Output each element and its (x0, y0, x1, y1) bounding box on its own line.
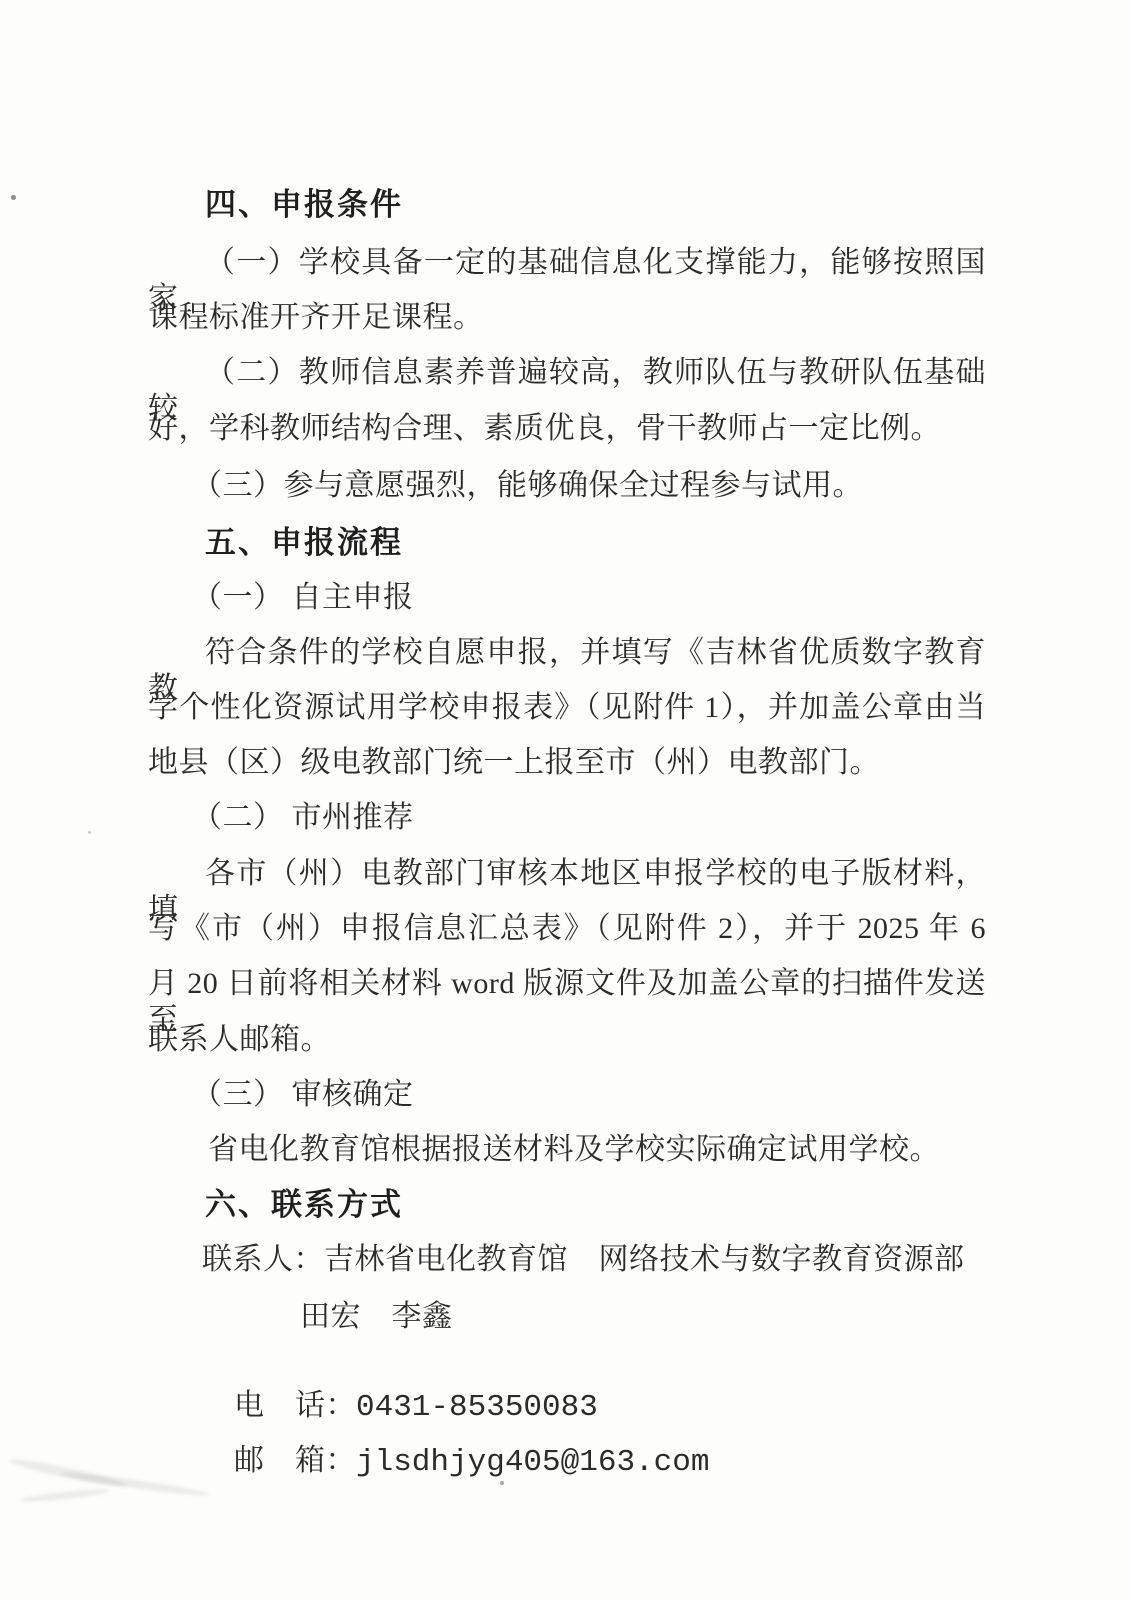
body-line: 写《市（州）申报信息汇总表》（见附件 2），并于 2025 年 6 (148, 911, 986, 947)
scan-speck (11, 195, 16, 200)
pencil-smudge (20, 1487, 110, 1503)
contact-names-line: 田宏 李鑫 (300, 1299, 453, 1335)
body-line: （三）参与意愿强烈，能够确保全过程参与试用。 (192, 468, 863, 504)
subheading-self-application: （一） 自主申报 (192, 580, 414, 616)
subheading-city-recommendation: （二） 市州推荐 (192, 800, 414, 836)
body-line: 地县（区）级电教部门统一上报至市（州）电教部门。 (148, 745, 880, 781)
body-line: 好，学科教师结构合理、素质优良，骨干教师占一定比例。 (148, 411, 941, 447)
body-line: 联系人邮箱。 (148, 1022, 331, 1058)
body-line: 学个性化资源试用学校申报表》（见附件 1），并加盖公章由当 (148, 690, 986, 726)
scan-speck (500, 1481, 504, 1485)
email-label: 邮 箱： (234, 1444, 356, 1477)
section-heading-application-process: 五、申报流程 (205, 525, 403, 561)
contact-email-line: 邮 箱：jlsdhjyg405@163.com (202, 1407, 709, 1517)
contact-person-line: 联系人：吉林省电化教育馆 网络技术与数字教育资源部 (202, 1242, 965, 1278)
scan-speck (88, 831, 91, 834)
email-value: jlsdhjyg405@163.com (356, 1445, 709, 1480)
document-page: 四、申报条件 （一）学校具备一定的基础信息化支撑能力，能够按照国家 课程标准开齐… (0, 0, 1131, 1600)
body-line: 课程标准开齐开足课程。 (148, 300, 484, 336)
section-heading-contact-info: 六、联系方式 (205, 1187, 403, 1223)
subheading-review-confirmation: （三） 审核确定 (192, 1077, 414, 1113)
body-line: 省电化教育馆根据报送材料及学校实际确定试用学校。 (208, 1132, 940, 1168)
section-heading-application-conditions: 四、申报条件 (205, 187, 403, 223)
